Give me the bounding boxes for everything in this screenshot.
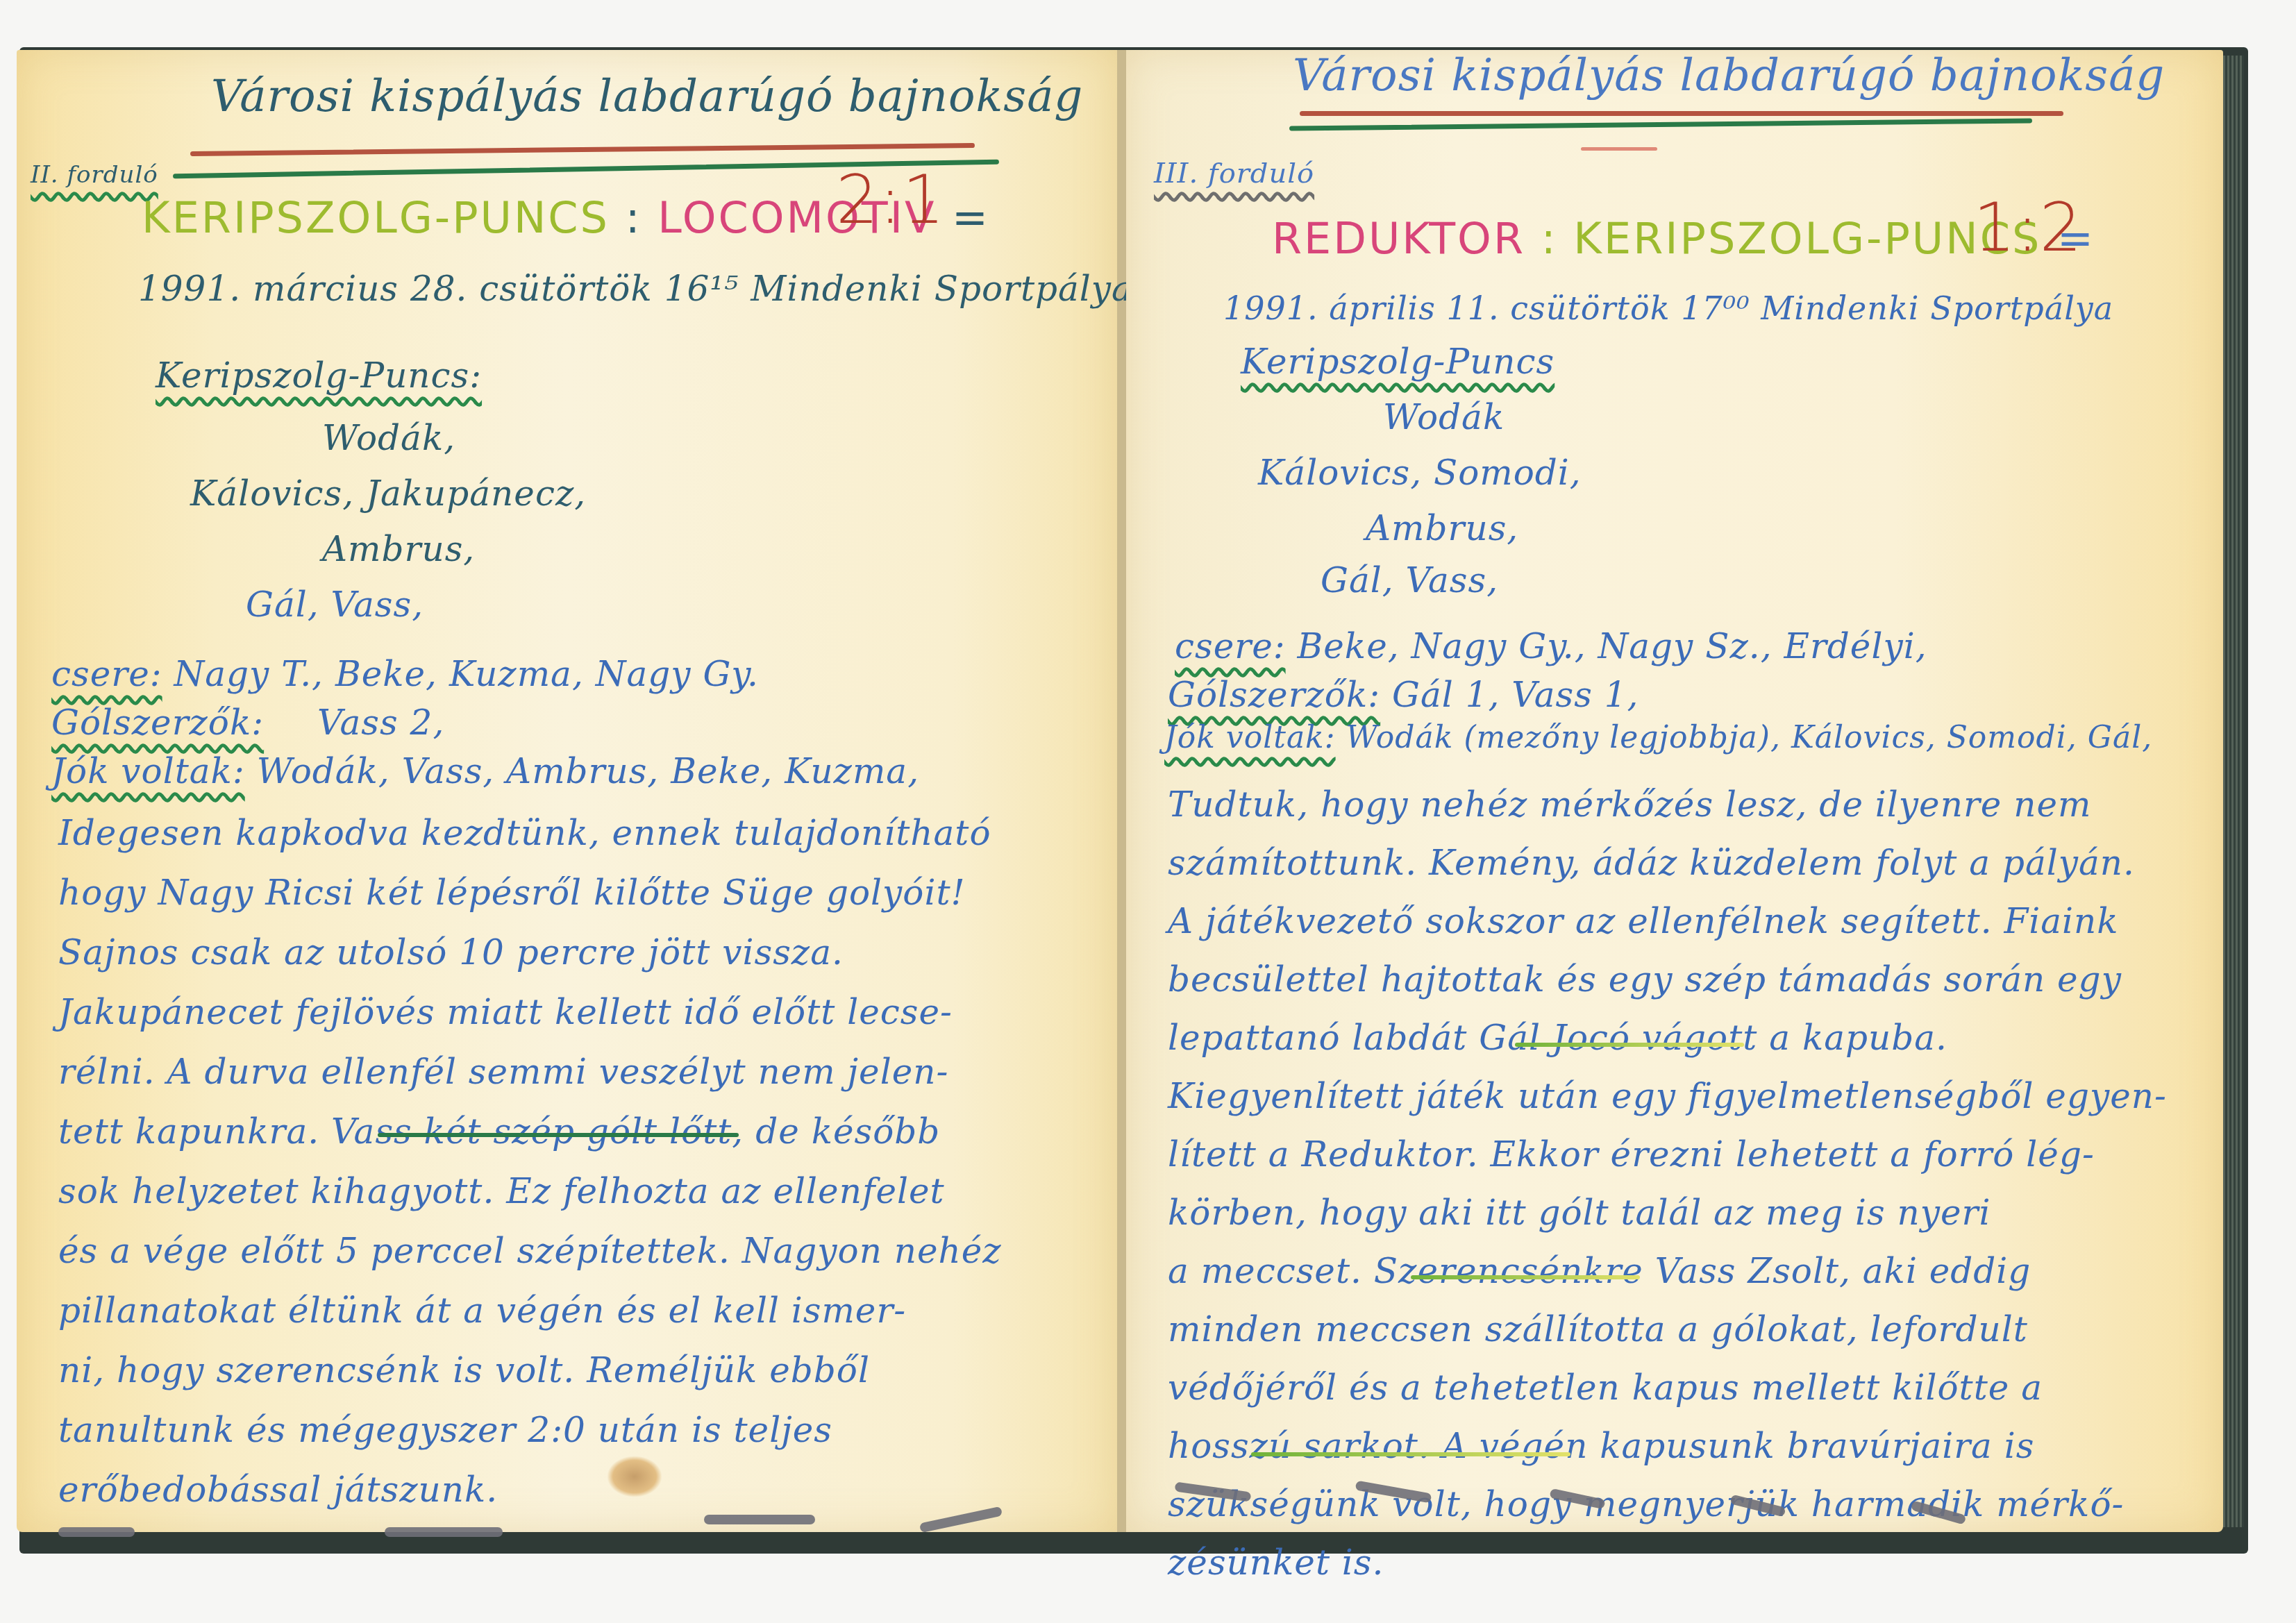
home-team: KERIPSZOLG-PUNCS [142,192,610,243]
lineup-row-3: Ambrus, [322,529,475,569]
scorers-list: Vass 2, [317,703,444,743]
title-rule-green [1289,118,2032,131]
left-page: Városi kispályás labdarúgó bajnokság II.… [17,50,1117,1532]
report-line: védőjéről és a tehetetlen kapus mellett … [1168,1359,2167,1417]
report-line: tett kapunkra. Vass két szép gólt lőtt, … [58,1102,1002,1161]
good-players-line: Jók voltak: Wodák, Vass, Ambrus, Beke, K… [51,751,919,791]
right-page: Városi kispályás labdarúgó bajnokság III… [1126,50,2223,1532]
lineup-row-1: Wodák, [322,418,455,458]
report-line: lepattanó labdát Gál Jocó vágott a kapub… [1168,1009,2167,1067]
home-team: REDUKTOR [1272,213,1525,264]
report-line: sok helyzetet kihagyott. Ez felhozta az … [58,1161,1002,1221]
underline-vass-goals [378,1133,739,1137]
report-line: Idegesen kapkodva kezdtünk, ennek tulajd… [58,803,1002,863]
page-edges [2223,56,2244,1527]
lineup-heading: Keripszolg-Puncs [1241,342,1555,382]
subs-line: csere: Nagy T., Beke, Kuzma, Nagy Gy. [51,654,759,694]
round-label: III. forduló [1154,158,1314,190]
good-players-label: Jók voltak: [1164,720,1336,755]
round-label: II. forduló [31,161,158,189]
report-line: hogy Nagy Ricsi két lépésről kilőtte Süg… [58,863,1002,923]
match-separator: : [626,192,642,243]
match-score: 2:1 [836,161,946,239]
subs-line: csere: Beke, Nagy Gy., Nagy Sz., Erdélyi… [1175,626,1927,666]
end-dash [704,1515,815,1524]
report-line: A játékvezető sokszor az ellenfélnek seg… [1168,892,2167,950]
match-datetime: 1991. április 11. csütörtök 17⁰⁰ Mindenk… [1223,289,2113,327]
lineup-row-3: Ambrus, [1366,508,1518,548]
scorers-line: Gólszerzők: Vass 2, [51,703,444,743]
report-line: minden meccsen szállította a gólokat, le… [1168,1300,2167,1359]
underline-vass-zsolt [1411,1275,1640,1279]
end-dash [385,1527,503,1537]
match-datetime: 1991. március 28. csütörtök 16¹⁵ Mindenk… [138,269,1133,309]
good-players-list: Wodák, Vass, Ambrus, Beke, Kuzma, [257,751,919,791]
underline-kapusunk [1251,1452,1570,1456]
lineup-row-4: Gál, Vass, [246,585,424,625]
subs-list: Nagy T., Beke, Kuzma, Nagy Gy. [174,654,759,694]
report-line: Kiegyenlített játék után egy figyelmetle… [1168,1067,2167,1125]
report-line: körben, hogy aki itt gólt talál az meg i… [1168,1184,2167,1242]
subs-label: csere: [51,654,162,694]
match-separator: : [1541,213,1558,264]
match-score: 1:2 [1973,189,2083,267]
scorers-label: Gólszerzők: [51,703,264,743]
lineup-heading: Keripszolg-Puncs: [156,355,482,396]
report-line: tanultunk és mégegyszer 2:0 után is telj… [58,1400,1002,1460]
report-line: lített a Reduktor. Ekkor érezni lehetett… [1168,1125,2167,1184]
left-page-title: Városi kispályás labdarúgó bajnokság [211,71,1083,122]
report-line: Jakupánecet fejlövés miatt kellett idő e… [58,982,1002,1042]
lineup-row-4: Gál, Vass, [1321,560,1498,600]
good-players-list: Wodák (mezőny legjobbja), Kálovics, Somo… [1346,720,2153,755]
equals-sign: = [952,192,990,243]
scorers-list: Gál 1, Vass 1, [1392,675,1639,715]
lineup-row-2: Kálovics, Jakupánecz, [190,473,586,514]
title-rule-red [190,143,975,156]
report-line: hosszú sarkot. A végén kapusunk bravúrja… [1168,1417,2167,1475]
good-players-line: Jók voltak: Wodák (mezőny legjobbja), Ká… [1164,720,2152,755]
underline-gal-joco [1515,1043,1744,1047]
end-dash [58,1527,135,1537]
scorers-label: Gólszerzők: [1168,675,1380,715]
away-team: KERIPSZOLG-PUNCS [1573,213,2041,264]
short-red-mark [1581,147,1657,151]
report-line: szükségünk volt, hogy megnyerjük harmadi… [1168,1475,2167,1533]
report-line: számítottunk. Kemény, ádáz küzdelem foly… [1168,834,2167,892]
report-line: becsülettel hajtottak és egy szép támadá… [1168,950,2167,1009]
subs-list: Beke, Nagy Gy., Nagy Sz., Erdélyi, [1298,626,1927,666]
right-page-title: Városi kispályás labdarúgó bajnokság [1293,50,2165,101]
lineup-row-2: Kálovics, Somodi, [1258,453,1582,493]
report-line: rélni. A durva ellenfél semmi veszélyt n… [58,1042,1002,1102]
good-players-label: Jók voltak: [51,751,245,791]
scorers-line: Gólszerzők: Gál 1, Vass 1, [1168,675,1639,715]
report-line: pillanatokat éltünk át a végén és el kel… [58,1281,1002,1340]
match-report-right: Tudtuk, hogy nehéz mérkőzés lesz, de ily… [1168,775,2167,1592]
report-line: ni, hogy szerencsénk is volt. Reméljük e… [58,1340,1002,1400]
paper-stain [607,1456,662,1497]
report-line: a meccset. Szerencsénkre Vass Zsolt, aki… [1168,1242,2167,1300]
report-line: erőbedobással játszunk. [58,1460,1002,1520]
title-rule-red [1300,111,2063,116]
match-line: REDUKTOR : KERIPSZOLG-PUNCS = [1272,213,2095,264]
report-line: zésünket is. [1168,1533,2167,1592]
lineup-row-1: Wodák [1383,397,1505,437]
match-report-left: Idegesen kapkodva kezdtünk, ennek tulajd… [58,803,1002,1520]
report-line: Tudtuk, hogy nehéz mérkőzés lesz, de ily… [1168,775,2167,834]
subs-label: csere: [1175,626,1286,666]
report-line: Sajnos csak az utolsó 10 percre jött vis… [58,923,1002,982]
report-line: és a vége előtt 5 perccel szépítettek. N… [58,1221,1002,1281]
